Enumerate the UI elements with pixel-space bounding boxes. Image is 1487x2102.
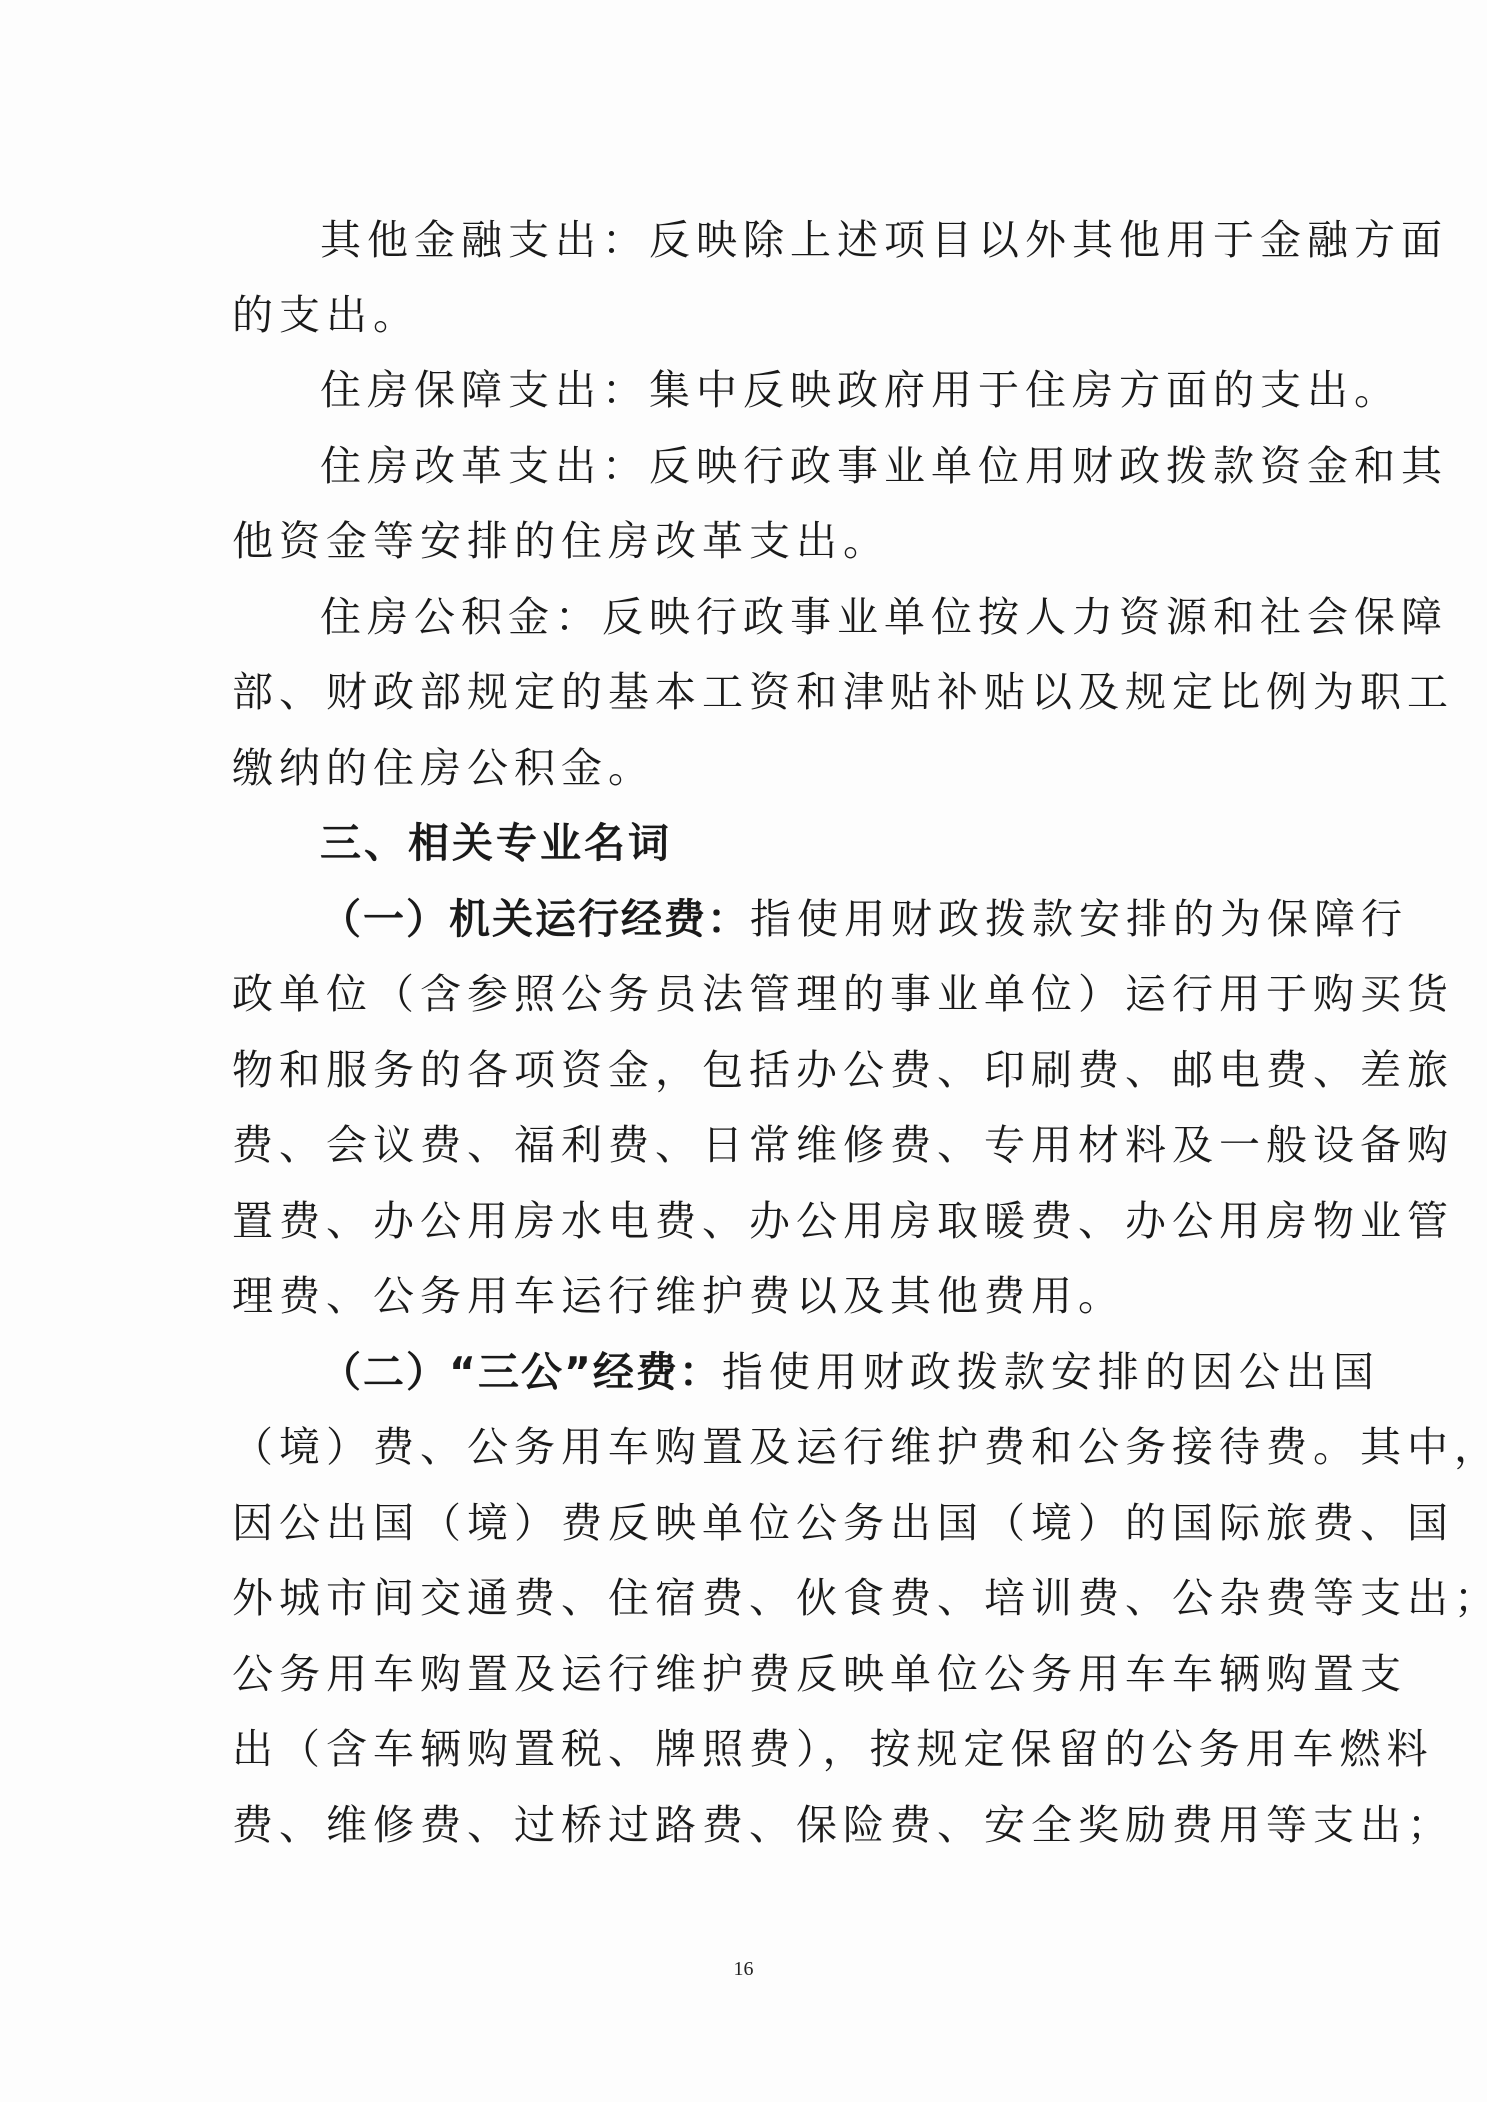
term-office-operating-first-line: （一）机关运行经费：指使用财政拨款安排的为保障行 [320, 894, 1272, 944]
paragraph-other-financial-line-1: 其他金融支出：反映除上述项目以外其他用于金融方面 [320, 215, 1272, 265]
paragraph-other-financial-line-2: 的支出。 [232, 290, 1272, 340]
term-three-public-first-line: （二）“三公”经费：指使用财政拨款安排的因公出国 [320, 1347, 1272, 1397]
term-office-operating-line-5: 置费、办公用房水电费、办公用房取暖费、办公用房物业管 [232, 1196, 1272, 1246]
section-heading: 三、相关专业名词 [320, 818, 1272, 868]
paragraph-housing-fund-line-1: 住房公积金：反映行政事业单位按人力资源和社会保障 [320, 592, 1272, 642]
term-office-operating-first-text: 指使用财政拨款安排的为保障行 [750, 895, 1408, 943]
paragraph-housing-reform-line-2: 他资金等安排的住房改革支出。 [232, 516, 1272, 566]
term-three-public-line-3: 因公出国（境）费反映单位公务出国（境）的国际旅费、国 [232, 1498, 1272, 1548]
document-page: 其他金融支出：反映除上述项目以外其他用于金融方面 的支出。 住房保障支出：集中反… [0, 0, 1487, 2102]
term-three-public-line-6: 出（含车辆购置税、牌照费），按规定保留的公务用车燃料 [232, 1724, 1272, 1774]
term-three-public-line-2: （境）费、公务用车购置及运行维护费和公务接待费。其中， [232, 1422, 1272, 1472]
paragraph-housing-fund-line-2: 部、财政部规定的基本工资和津贴补贴以及规定比例为职工 [232, 667, 1272, 717]
term-three-public-line-7: 费、维修费、过桥过路费、保险费、安全奖励费用等支出； [232, 1800, 1272, 1850]
term-office-operating-line-4: 费、会议费、福利费、日常维修费、专用材料及一般设备购 [232, 1120, 1272, 1170]
paragraph-housing-security: 住房保障支出：集中反映政府用于住房方面的支出。 [320, 365, 1272, 415]
term-three-public-label: （二）“三公”经费： [320, 1348, 722, 1396]
term-three-public-line-5: 公务用车购置及运行维护费反映单位公务用车车辆购置支 [232, 1649, 1272, 1699]
term-office-operating-line-3: 物和服务的各项资金，包括办公费、印刷费、邮电费、差旅 [232, 1045, 1272, 1095]
paragraph-housing-reform-line-1: 住房改革支出：反映行政事业单位用财政拨款资金和其 [320, 441, 1272, 491]
term-office-operating-line-6: 理费、公务用车运行维护费以及其他费用。 [232, 1271, 1272, 1321]
paragraph-housing-fund-line-3: 缴纳的住房公积金。 [232, 743, 1272, 793]
term-office-operating-label: （一）机关运行经费： [320, 895, 750, 943]
term-three-public-line-4: 外城市间交通费、住宿费、伙食费、培训费、公杂费等支出； [232, 1573, 1272, 1623]
page-number: 16 [0, 1958, 1487, 1981]
term-three-public-first-text: 指使用财政拨款安排的因公出国 [722, 1348, 1380, 1396]
term-office-operating-line-2: 政单位（含参照公务员法管理的事业单位）运行用于购买货 [232, 969, 1272, 1019]
